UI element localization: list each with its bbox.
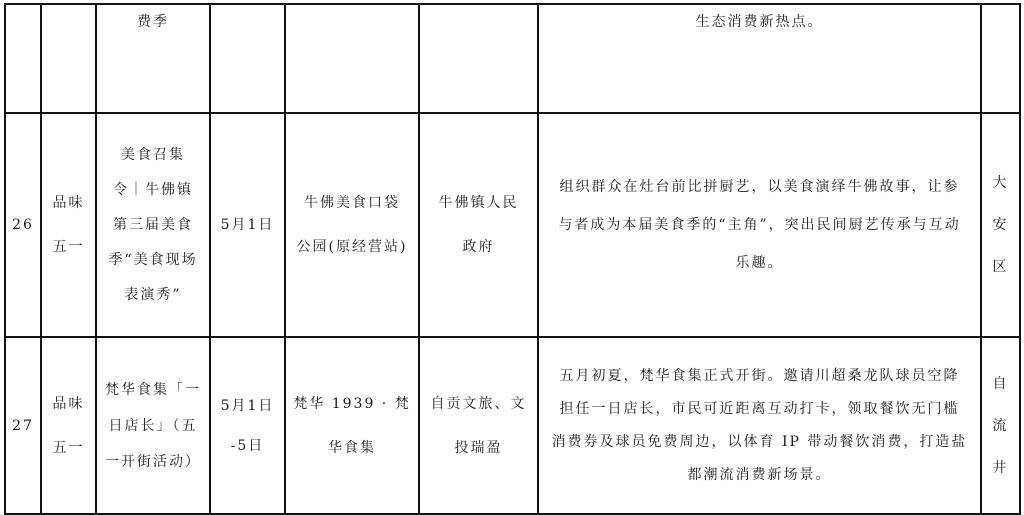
district-char: 井 <box>982 447 1019 489</box>
event-name-line: 令｜牛佛镇 <box>97 173 209 208</box>
cell-number: 27 <box>5 337 41 514</box>
cell-event-name: 美食召集 令｜牛佛镇 第三届美食 季“美食现场 表演秀” <box>96 113 210 337</box>
cell-venue: 梵华 1939 · 梵 华食集 <box>285 337 419 514</box>
date-line: 5月1日 <box>211 210 284 240</box>
cell-description: 生态消费新热点。 <box>538 4 981 113</box>
venue-line: 华食集 <box>286 426 418 470</box>
description-line: 乐趣。 <box>539 244 980 282</box>
cell-date <box>210 4 285 113</box>
cell-organizer: 牛佛镇人民 政府 <box>419 113 538 337</box>
organizer-line: 政府 <box>420 225 537 269</box>
venue-line: 梵华 1939 · 梵 <box>286 382 418 426</box>
table-row: 27 品味 五一 梵华食集「一 日店长」（五 一开街活动） <box>5 337 1020 514</box>
event-name-line: 表演秀” <box>97 278 209 313</box>
cell-description: 组织群众在灶台前比拼厨艺，以美食演绎牛佛故事，让参 与者成为本届美食季的“主角”… <box>538 113 981 337</box>
cell-venue <box>285 4 419 113</box>
district-char: 自 <box>982 363 1019 405</box>
table-row: 费季 生态消费新热点。 <box>5 4 1020 113</box>
event-name-line: 季“美食现场 <box>97 243 209 278</box>
date-line: 5月1日 <box>211 386 284 426</box>
description-line: 都潮流消费新场景。 <box>539 459 980 492</box>
district-char: 区 <box>982 246 1019 288</box>
event-name-line: 梵华食集「一 <box>97 372 209 408</box>
cell-event-name: 费季 <box>96 4 210 113</box>
cell-number <box>5 4 41 113</box>
cell-district: 自 流 井 <box>981 337 1020 514</box>
cell-district <box>981 4 1020 113</box>
district-char: 大 <box>982 162 1019 204</box>
venue-line: 公园(原经营站) <box>286 225 418 269</box>
cell-description: 五月初夏，梵华食集正式开街。邀请川超桑龙队球员空降 担任一日店长，市民可近距离互… <box>538 337 981 514</box>
description-line: 与者成为本届美食季的“主角”，突出民间厨艺传承与互动 <box>539 206 980 244</box>
cell-organizer: 自贡文旅、文 投瑞盈 <box>419 337 538 514</box>
cell-date: 5月1日 <box>210 113 285 337</box>
district-char: 安 <box>982 204 1019 246</box>
event-name-line: 日店长」（五 <box>97 408 209 444</box>
category-line: 品味 <box>42 181 95 225</box>
category-line: 五一 <box>42 225 95 269</box>
description-line: 组织群众在灶台前比拼厨艺，以美食演绎牛佛故事，让参 <box>539 168 980 206</box>
district-char: 流 <box>982 405 1019 447</box>
cell-event-name: 梵华食集「一 日店长」（五 一开街活动） <box>96 337 210 514</box>
events-table: 费季 生态消费新热点。 26 品味 五一 <box>4 3 1021 515</box>
cell-number: 26 <box>5 113 41 337</box>
cell-category: 品味 五一 <box>41 337 96 514</box>
cell-district: 大 安 区 <box>981 113 1020 337</box>
cell-category: 品味 五一 <box>41 113 96 337</box>
event-name-line: 费季 <box>97 11 209 33</box>
event-name-line: 第三届美食 <box>97 208 209 243</box>
document-page: 费季 生态消费新热点。 26 品味 五一 <box>0 0 1024 515</box>
category-line: 品味 <box>42 382 95 426</box>
description-line: 生态消费新热点。 <box>539 11 980 33</box>
description-line: 担任一日店长，市民可近距离互动打卡，领取餐饮无门槛 <box>539 393 980 426</box>
cell-venue: 牛佛美食口袋 公园(原经营站) <box>285 113 419 337</box>
organizer-line: 自贡文旅、文 <box>420 382 537 426</box>
cell-date: 5月1日 -5日 <box>210 337 285 514</box>
venue-line: 牛佛美食口袋 <box>286 181 418 225</box>
description-line: 消费券及球员免费周边，以体育 IP 带动餐饮消费，打造盐 <box>539 426 980 459</box>
event-name-line: 一开街活动） <box>97 444 209 480</box>
cell-category <box>41 4 96 113</box>
description-line: 五月初夏，梵华食集正式开街。邀请川超桑龙队球员空降 <box>539 360 980 393</box>
organizer-line: 投瑞盈 <box>420 426 537 470</box>
date-line: -5日 <box>211 426 284 466</box>
category-line: 五一 <box>42 426 95 470</box>
event-name-line: 美食召集 <box>97 138 209 173</box>
organizer-line: 牛佛镇人民 <box>420 181 537 225</box>
table-row: 26 品味 五一 美食召集 令｜牛佛镇 第三届美食 季“美食现场 表演秀” <box>5 113 1020 337</box>
cell-organizer <box>419 4 538 113</box>
